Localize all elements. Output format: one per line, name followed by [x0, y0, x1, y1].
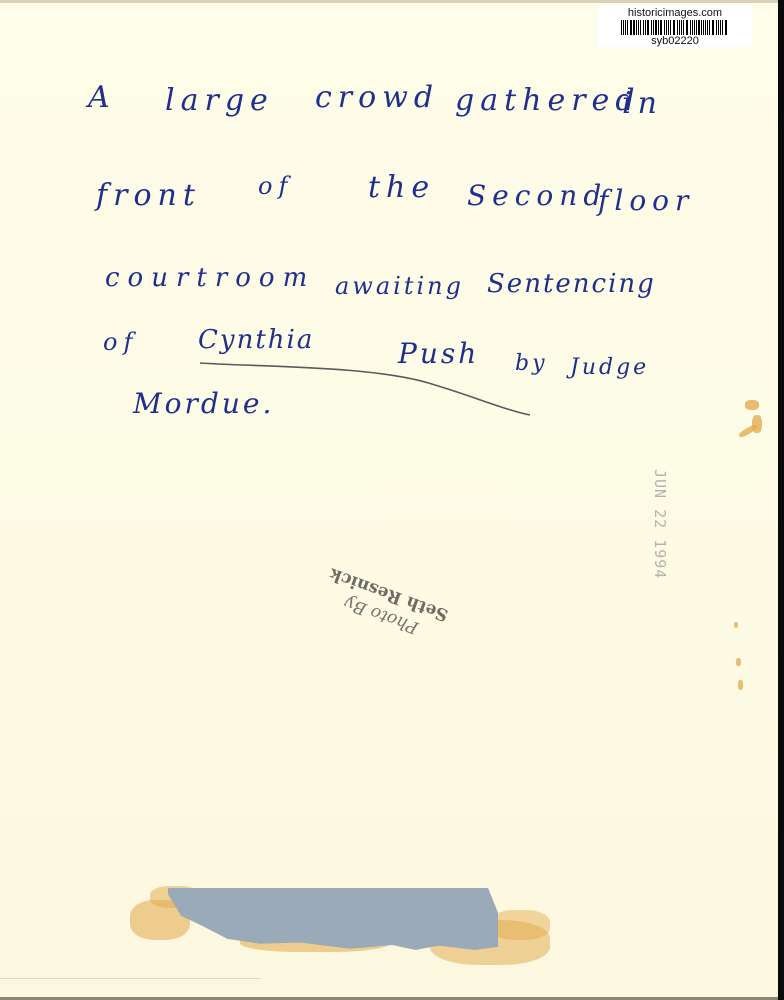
- caption-word: floor: [598, 185, 694, 217]
- barcode-bar: [633, 20, 634, 35]
- date-stamp-text: JUN 22 1994: [651, 469, 669, 569]
- caption-word: of: [103, 326, 138, 358]
- crease: [0, 978, 260, 979]
- caption-word: Second: [467, 180, 607, 212]
- pencil-underline: [195, 355, 535, 420]
- caption-word: crowd: [315, 82, 439, 114]
- barcode-bar: [720, 20, 721, 35]
- barcode-bar: [640, 20, 641, 35]
- barcode-bar: [716, 20, 717, 35]
- barcode-bar: [726, 20, 727, 35]
- barcode-icon: [621, 20, 729, 35]
- barcode-bar: [698, 20, 699, 35]
- barcode-bar: [621, 20, 622, 35]
- photo-credit-stamp: Photo By Seth Resnick: [307, 515, 479, 651]
- caption-word: Sentencing: [487, 268, 656, 300]
- caption-word: Judge: [570, 352, 649, 384]
- stain: [736, 658, 741, 666]
- barcode-bar: [674, 20, 675, 35]
- barcode-bar: [668, 20, 669, 35]
- date-stamp: JUN 22 1994: [632, 470, 692, 570]
- stain: [738, 680, 743, 690]
- caption-word: awaiting: [335, 270, 464, 302]
- caption-word: A: [88, 82, 116, 114]
- barcode-bar: [681, 20, 682, 35]
- barcode-bar: [651, 20, 652, 35]
- right-edge: [778, 0, 784, 1000]
- stain: [734, 622, 738, 628]
- barcode-bar: [643, 20, 644, 35]
- barcode-label: historicimages.com syb02220: [598, 5, 752, 47]
- adhesive-stain: [490, 910, 550, 940]
- stain: [745, 400, 759, 410]
- barcode-bar: [661, 20, 662, 35]
- barcode-bar: [687, 20, 688, 35]
- barcode-bar: [627, 20, 628, 35]
- label-code: syb02220: [598, 35, 752, 47]
- barcode-bar: [655, 20, 656, 35]
- caption-word: front: [96, 180, 201, 212]
- caption-word: of: [258, 170, 293, 202]
- label-site: historicimages.com: [598, 7, 752, 19]
- tape-remnant: [168, 888, 498, 950]
- caption-word: courtroom: [105, 262, 315, 294]
- caption-word: Cynthia: [198, 324, 314, 356]
- top-edge: [0, 0, 778, 3]
- caption-word: the: [368, 172, 435, 204]
- caption-word: gathered: [455, 85, 641, 117]
- photo-back-page: historicimages.com syb02220 A large crow…: [0, 0, 778, 1000]
- caption-word: large: [165, 85, 274, 117]
- barcode-bar: [709, 20, 710, 35]
- barcode-bar: [690, 20, 691, 35]
- caption-word: in: [622, 88, 663, 120]
- barcode-bar: [703, 20, 704, 35]
